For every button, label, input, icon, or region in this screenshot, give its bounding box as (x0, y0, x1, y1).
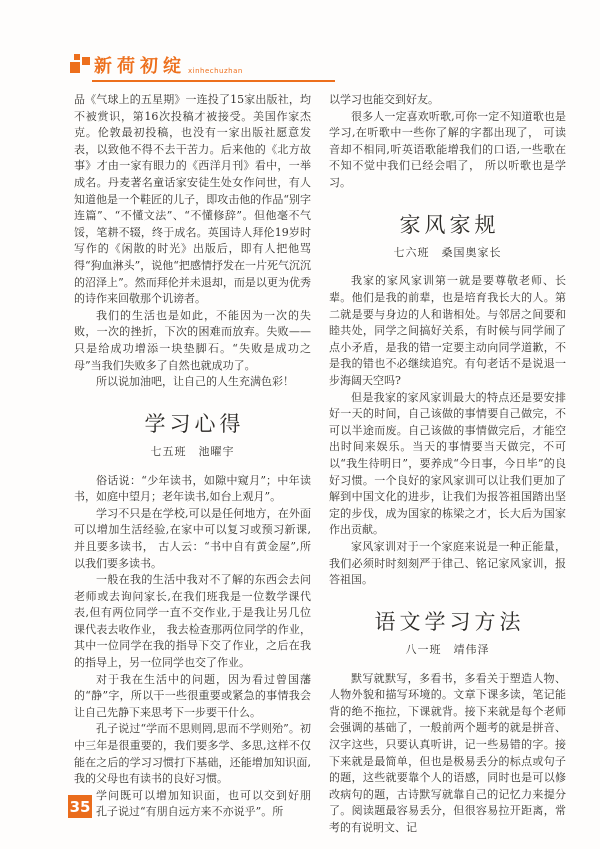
paragraph: 默写就默写，多看书，多看关于塑造人物、人物外貌和描写环境的。文章下课多读，笔记能… (329, 671, 566, 837)
pixel-squares-logo-icon (70, 53, 92, 76)
paragraph: 学问既可以增加知识面，也可以交到好朋友。孔子说过“有朋自远方来不亦说乎”。所 (74, 788, 311, 821)
paragraph: 我家的家风家训第一就是要尊敬老师、长辈。他们是我的前辈，也是培育我长大的人。第二… (329, 273, 566, 389)
article-title-study-experience: 学习心得 (74, 411, 311, 437)
left-column: 品《气球上的五星期》一连投了15家出版社，均不被赏识，第16次投稿才被接受。美国… (74, 92, 311, 821)
article-title-family-rules: 家风家规 (329, 212, 566, 238)
brand-subtitle: xinhechuzhan (188, 68, 243, 75)
paragraph: 很多人一定喜欢听歌,可你一定不知道歌也是学习,在听歌中一些你了解的字都出现了， … (329, 109, 566, 192)
brand-title: 新荷初绽 (94, 58, 186, 76)
paragraph: 孔子说过“学而不思则罔,思而不学则殆”。初中三年是很重要的，我们要多学、多思,这… (74, 721, 311, 787)
paragraph: 俗话说：“少年读书，如隙中窥月”；中年读书，如庭中望月；老年读书,如台上观月”。 (74, 473, 311, 506)
paragraph: 所以说加油吧，让自己的人生充满色彩！ (74, 374, 311, 391)
paragraph: 学习不只是在学校,可以是任何地方，在外面可以增加生活经验,在家中可以复习或预习新… (74, 506, 311, 572)
article-title-chinese-methods: 语文学习方法 (329, 609, 566, 635)
masthead: 新荷初绽 xinhechuzhan (70, 53, 350, 82)
magazine-page: 新荷初绽 xinhechuzhan 品《气球上的五星期》一连投了15家出版社，均… (0, 0, 600, 849)
right-column: 以学习也能交到好友。 很多人一定喜欢听歌,可你一定不知道歌也是学习,在听歌中一些… (329, 92, 566, 836)
paragraph: 我们的生活也是如此，不能因为一次的失败，一次的挫折，下次的困难而放弃。失败——只… (74, 308, 311, 374)
paragraph: 一般在我的生活中我对不了解的东西会去问老师或去询问家长,在我们班我是一位数学课代… (74, 572, 311, 672)
page-number-badge: 35 (68, 795, 92, 818)
article-byline: 七五班 池曜宇 (74, 444, 311, 461)
paragraph: 对于我在生活中的问题，因为看过曾国藩的“静”字，所以干一些很重要或紧急的事情我会… (74, 672, 311, 722)
article-byline: 七六班 桑国奥家长 (329, 245, 566, 262)
paragraph: 家风家训对于一个家庭来说是一种正能量，我们必须时时刻刻严于律己、铭记家风家训，报… (329, 539, 566, 589)
paragraph: 品《气球上的五星期》一连投了15家出版社，均不被赏识，第16次投稿才被接受。美国… (74, 92, 311, 308)
paragraph: 以学习也能交到好友。 (329, 92, 566, 109)
article-byline: 八一班 靖伟泽 (329, 642, 566, 659)
masthead-rule (92, 80, 335, 82)
paragraph: 但是我家的家风家训最大的特点还是要安排好一天的时间，自己该做的事情要自己做完，不… (329, 390, 566, 539)
